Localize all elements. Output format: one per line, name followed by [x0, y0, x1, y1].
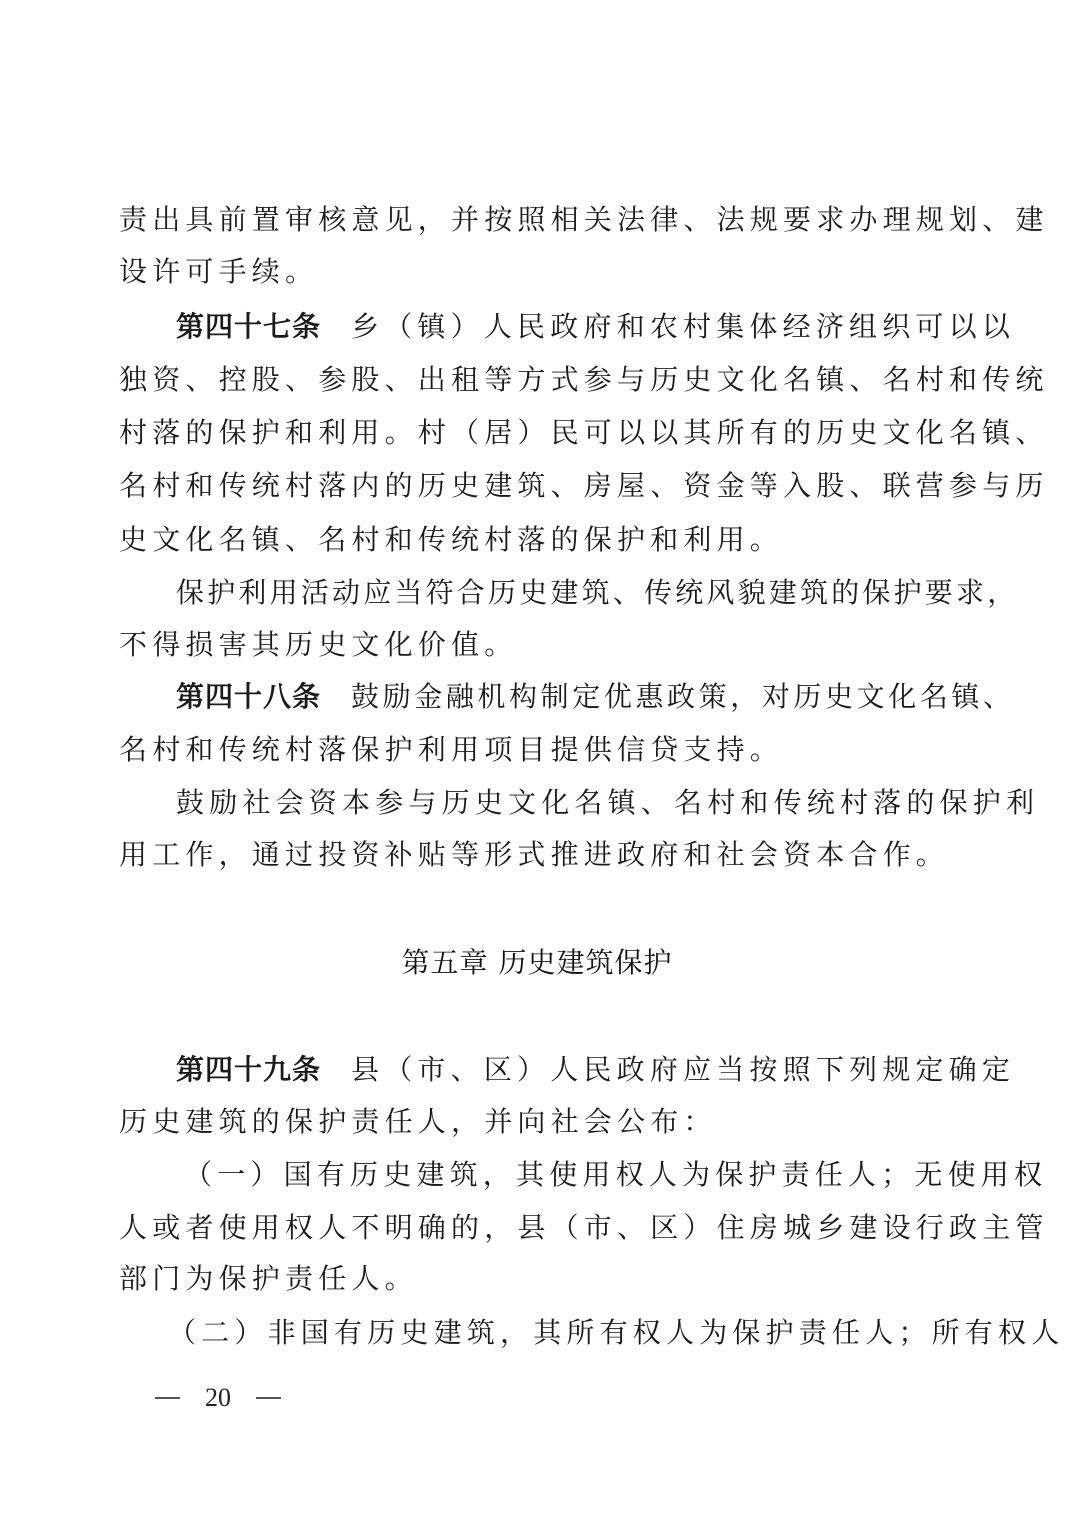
- paragraph-line: 人或者使用权人不明确的，县（市、区）住房城乡建设行政主管: [119, 1208, 934, 1248]
- paragraph-line: 名村和传统村落保护利用项目提供信贷支持。: [119, 730, 934, 770]
- article-number: 第四十八条: [176, 680, 321, 713]
- article-48-line: 第四十八条鼓励金融机构制定优惠政策，对历史文化名镇、: [176, 677, 934, 717]
- paragraph-line: 用工作，通过投资补贴等形式推进政府和社会资本合作。: [119, 835, 934, 875]
- paragraph-line: 保护利用活动应当符合历史建筑、传统风貌建筑的保护要求，: [176, 573, 934, 613]
- paragraph-line: 不得损害其历史文化价值。: [119, 625, 934, 665]
- paragraph-line: 独资、控股、参股、出租等方式参与历史文化名镇、名村和传统: [119, 360, 934, 400]
- chapter-title: 第五章 历史建筑保护: [0, 943, 1074, 983]
- article-number: 第四十七条: [176, 310, 321, 343]
- paragraph-line: 责出具前置审核意见，并按照相关法律、法规要求办理规划、建: [119, 200, 934, 240]
- paragraph-line: 名村和传统村落内的历史建筑、房屋、资金等入股、联营参与历: [119, 466, 934, 506]
- list-item-line: （二）非国有历史建筑，其所有权人为保护责任人；所有权人: [168, 1313, 934, 1353]
- article-text: 乡（镇）人民政府和农村集体经济组织可以以: [351, 310, 1015, 343]
- dash-decoration: [155, 1397, 180, 1399]
- paragraph-line: 部门为保护责任人。: [119, 1259, 934, 1299]
- article-number: 第四十九条: [176, 1053, 321, 1086]
- paragraph-line: 史文化名镇、名村和传统村落的保护和利用。: [119, 520, 934, 560]
- document-page: 责出具前置审核意见，并按照相关法律、法规要求办理规划、建 设许可手续。 第四十七…: [0, 0, 1074, 1520]
- dash-decoration: [256, 1397, 281, 1399]
- paragraph-line: 设许可手续。: [119, 252, 934, 292]
- paragraph-line: 鼓励社会资本参与历史文化名镇、名村和传统村落的保护利: [176, 783, 934, 823]
- page-footer: 20: [155, 1380, 281, 1416]
- article-text: 鼓励金融机构制定优惠政策，对历史文化名镇、: [351, 680, 1015, 713]
- article-47-line: 第四十七条乡（镇）人民政府和农村集体经济组织可以以: [176, 307, 934, 347]
- page-number: 20: [205, 1383, 231, 1413]
- list-item-line: （一）国有历史建筑，其使用权人为保护责任人；无使用权: [184, 1155, 934, 1195]
- paragraph-line: 历史建筑的保护责任人，并向社会公布：: [119, 1102, 934, 1142]
- article-text: 县（市、区）人民政府应当按照下列规定确定: [351, 1053, 1015, 1086]
- paragraph-line: 村落的保护和利用。村（居）民可以以其所有的历史文化名镇、: [119, 413, 934, 453]
- article-49-line: 第四十九条县（市、区）人民政府应当按照下列规定确定: [176, 1050, 934, 1090]
